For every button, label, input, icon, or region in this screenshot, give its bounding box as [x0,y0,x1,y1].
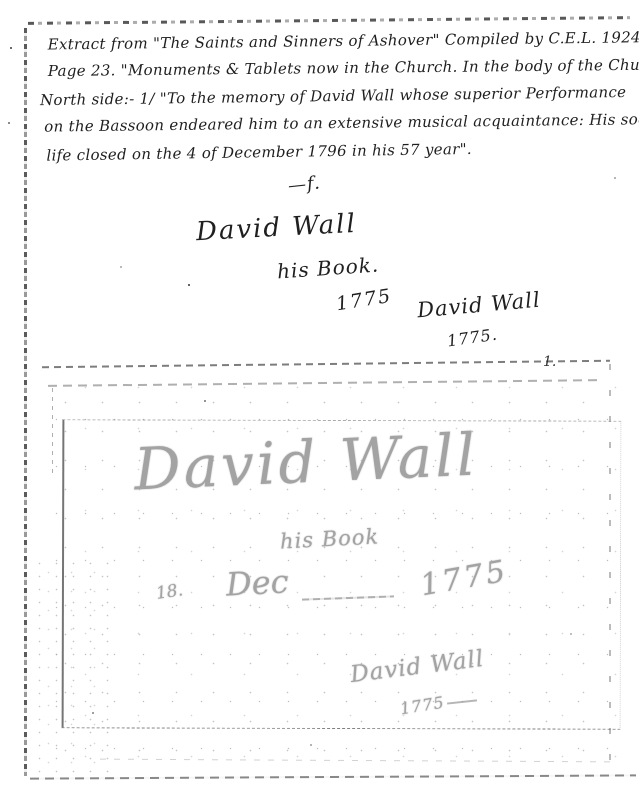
bookplate-date-day: 18. [155,580,185,604]
photocopy-page: Extract from "The Saints and Sinners of … [0,0,639,800]
separator-flourish: —f. [287,172,322,196]
bookplate-left-outer-edge [52,388,53,476]
photocopy-top-edge [28,16,630,25]
page-number: 1. [543,354,556,370]
signature-year: 1775. [446,325,499,351]
inscription-his-book: his Book. [276,252,380,283]
scan-speckle-marks [0,0,2,2]
extract-note: Extract from "The Saints and Sinners of … [44,26,631,167]
inscription-year: 1775 [335,285,394,316]
bookplate-top-edge-line [42,360,610,368]
photocopy-left-edge [24,28,27,776]
photocopy-bottom-edge [30,774,636,779]
bookplate-date-month: Dec [225,562,289,603]
signature-owner-name: David Wall [416,288,541,323]
inscription-owner-name: David Wall [195,209,357,247]
